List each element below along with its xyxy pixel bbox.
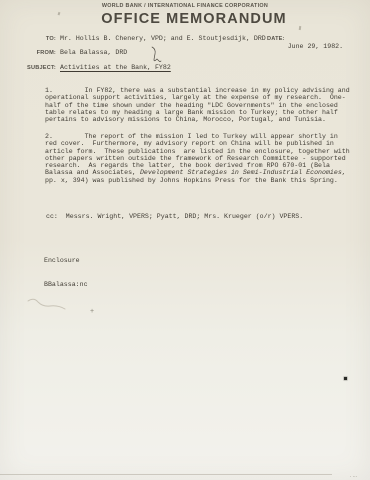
organization-line: WORLD BANK / INTERNATIONAL FINANCE CORPO…: [0, 3, 370, 9]
date-label: DATE:: [267, 36, 285, 42]
cc-line: cc: Messrs. Wright, VPERS; Pyatt, DRD; M…: [46, 213, 303, 220]
pencil-tick: [211, 5, 213, 7]
plus-pencil-mark: +: [90, 308, 94, 315]
scan-specks: .…: [350, 473, 358, 479]
to-label: TO:: [28, 36, 56, 42]
subject-label: SUBJECT:: [16, 65, 56, 71]
signature-mark: [149, 46, 167, 64]
from-value: Bela Balassa, DRD: [60, 49, 127, 56]
memo-title: OFFICE MEMORANDUM: [9, 11, 370, 27]
reference-initials: BBalassa:nc: [44, 281, 88, 289]
enclosure-line: Enclosure: [44, 257, 88, 265]
paragraph-2: 2. The report of the mission I led to Tu…: [45, 133, 350, 184]
pencil-tick: [299, 26, 301, 30]
paragraph-1: 1. In FY82, there was a substantial incr…: [45, 87, 350, 123]
date-group: DATE:June 29, 1982.: [267, 35, 343, 53]
pencil-squiggle-mark: [26, 295, 72, 313]
memo-document-page: WORLD BANK / INTERNATIONAL FINANCE CORPO…: [0, 0, 370, 480]
date-value: June 29, 1982.: [288, 43, 343, 50]
scan-artifact-dot: [344, 377, 347, 380]
from-label: FROM:: [22, 50, 56, 56]
subject-value: Activities at the Bank, FY82: [60, 64, 171, 71]
to-value: Mr. Hollis B. Chenery, VPD; and E. Stout…: [60, 35, 266, 42]
scan-fold-line: [0, 474, 332, 475]
book-title-italic: Development Strategies in Semi-Industria…: [140, 169, 342, 176]
